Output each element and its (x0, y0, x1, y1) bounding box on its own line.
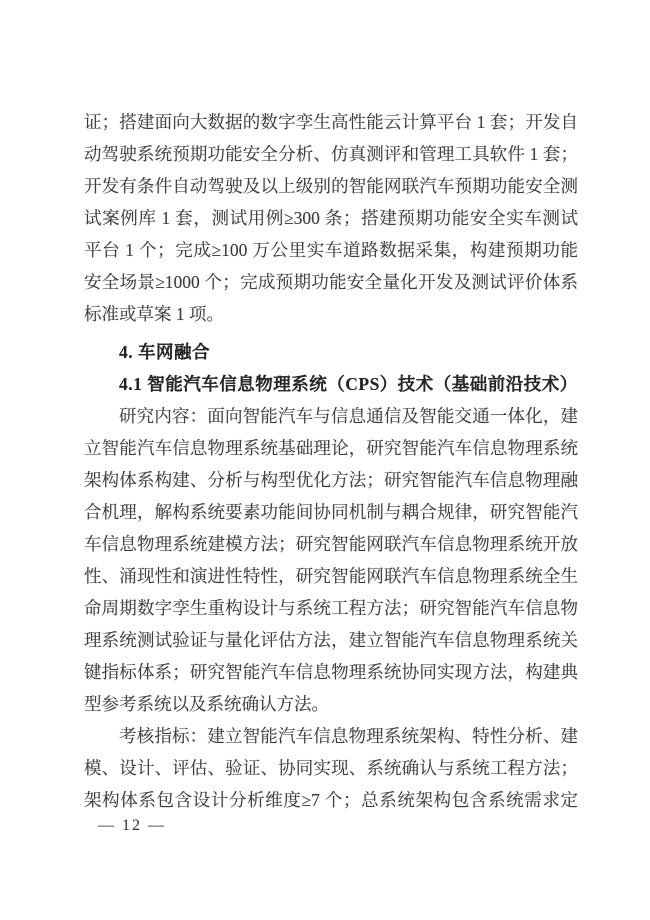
text-line: 命周期数字孪生重构设计与系统工程方法；研究智能汽车信息物 (84, 592, 578, 624)
text-line: 试案例库 1 套，测试用例≥300 条；搭建预期功能安全实车测试 (84, 202, 578, 234)
text-line: 研究内容：面向智能汽车与信息通信及智能交通一体化，建 (84, 400, 578, 432)
page-number: — 12 — (98, 814, 166, 838)
text-line: 模、设计、评估、验证、协同实现、系统确认与系统工程方法； (84, 752, 578, 784)
text-line: 性、涌现性和演进性特性，研究智能网联汽车信息物理系统全生 (84, 560, 578, 592)
document-page: 证；搭建面向大数据的数字孪生高性能云计算平台 1 套；开发自动驾驶系统预期功能安… (0, 0, 650, 920)
text-line: 立智能汽车信息物理系统基础理论，研究智能汽车信息物理系统 (84, 432, 578, 464)
section-heading: 4. 车网融合 (84, 336, 578, 368)
text-line: 键指标体系；研究智能汽车信息物理系统协同实现方法，构建典 (84, 656, 578, 688)
section-heading: 4.1 智能汽车信息物理系统（CPS）技术（基础前沿技术） (84, 368, 578, 400)
text-line: 型参考系统以及系统确认方法。 (84, 688, 578, 720)
text-line: 考核指标：建立智能汽车信息物理系统架构、特性分析、建 (84, 720, 578, 752)
text-line: 架构体系构建、分析与构型优化方法；研究智能汽车信息物理融 (84, 464, 578, 496)
text-line: 开发有条件自动驾驶及以上级别的智能网联汽车预期功能安全测 (84, 170, 578, 202)
text-line: 架构体系包含设计分析维度≥7 个；总系统架构包含系统需求定 (84, 784, 578, 816)
text-line: 车信息物理系统建模方法；研究智能网联汽车信息物理系统开放 (84, 528, 578, 560)
text-line: 安全场景≥1000 个；完成预期功能安全量化开发及测试评价体系 (84, 266, 578, 298)
text-line: 理系统测试验证与量化评估方法，建立智能汽车信息物理系统关 (84, 624, 578, 656)
document-content: 证；搭建面向大数据的数字孪生高性能云计算平台 1 套；开发自动驾驶系统预期功能安… (84, 106, 578, 816)
text-line: 证；搭建面向大数据的数字孪生高性能云计算平台 1 套；开发自 (84, 106, 578, 138)
text-line: 标准或草案 1 项。 (84, 298, 578, 330)
text-line: 平台 1 个；完成≥100 万公里实车道路数据采集，构建预期功能 (84, 234, 578, 266)
text-line: 动驾驶系统预期功能安全分析、仿真测评和管理工具软件 1 套； (84, 138, 578, 170)
text-line: 合机理，解构系统要素功能间协同机制与耦合规律，研究智能汽 (84, 496, 578, 528)
